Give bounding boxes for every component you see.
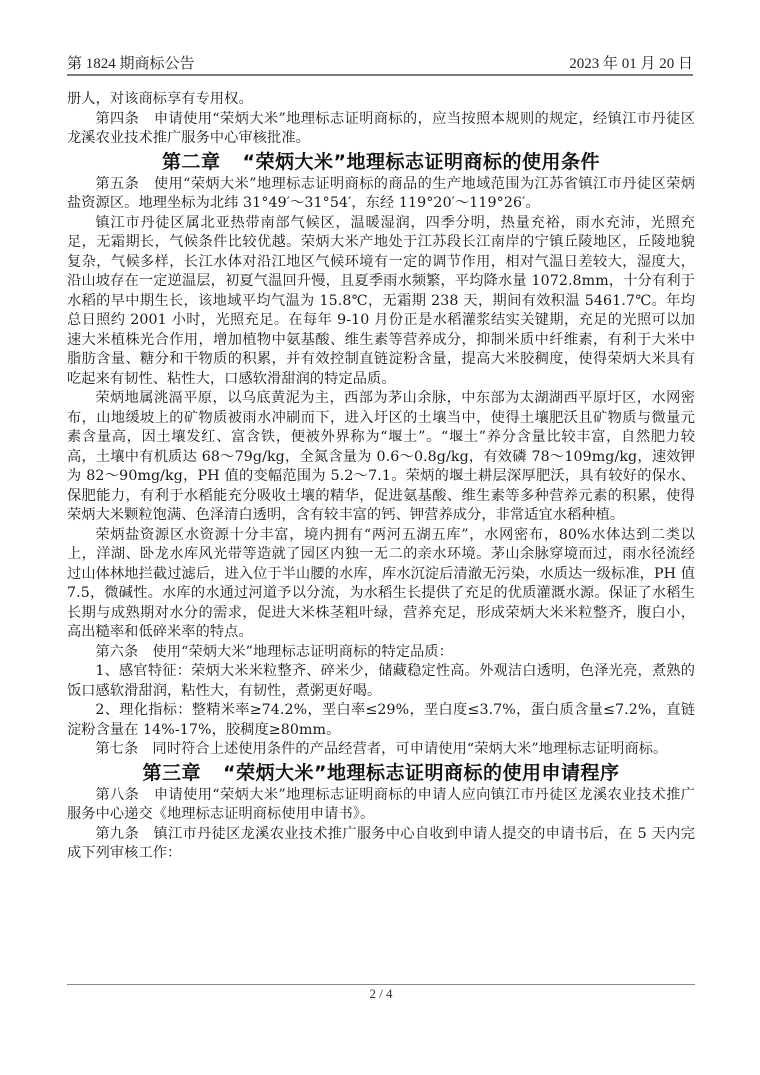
chapter-2-heading: 第二章“荣炳大米”地理标志证明商标的使用条件 [67, 149, 695, 175]
page-footer: 2 / 4 [67, 984, 695, 1002]
page-number: 2 / 4 [67, 986, 695, 1002]
chapter-3-number: 第三章 [143, 762, 202, 784]
article-9: 第九条 镇江市丹徒区龙溪农业技术推广服务中心自收到申请人提交的申请书后，在 5 … [67, 825, 695, 864]
paragraph-climate: 镇江市丹徒区属北亚热带南部气候区，温暖湿润，四季分明，热量充裕，雨水充沛，光照充… [67, 214, 695, 390]
paragraph-water: 荣炳盐资源区水资源十分丰富，境内拥有“两河五湖五库”，水网密布，80%水体达到二… [67, 526, 695, 643]
chapter-2-title: “荣炳大米”地理标志证明商标的使用条件 [243, 151, 600, 173]
chapter-3-title: “荣炳大米”地理标志证明商标的使用申请程序 [223, 762, 619, 784]
paragraph-continuation: 册人，对该商标享有专用权。 [67, 90, 695, 110]
article-6: 第六条 使用“荣炳大米”地理标志证明商标的特定品质： [67, 643, 695, 663]
quality-physicochemical: 2、理化指标：整精米率≥74.2%，垩白率≤29%，垩白度≤3.7%，蛋白质含量… [67, 701, 695, 740]
article-8: 第八条 申请使用“荣炳大米”地理标志证明商标的申请人应向镇江市丹徒区龙溪农业技术… [67, 786, 695, 825]
page-header: 第 1824 期商标公告 2023 年 01 月 20 日 [67, 52, 693, 76]
document-body: 册人，对该商标享有专用权。 第四条 申请使用“荣炳大米”地理标志证明商标的，应当… [67, 90, 695, 864]
publication-date: 2023 年 01 月 20 日 [569, 52, 693, 73]
paragraph-soil: 荣炳地属洮滆平原，以乌底黄泥为主，西部为茅山余脉，中东部为太湖湖西平原圩区，水网… [67, 389, 695, 526]
chapter-2-number: 第二章 [162, 151, 221, 173]
quality-sensory: 1、感官特征：荣炳大米米粒整齐、碎米少，储藏稳定性高。外观洁白透明，色泽光亮，煮… [67, 662, 695, 701]
chapter-3-heading: 第三章“荣炳大米”地理标志证明商标的使用申请程序 [67, 760, 695, 786]
issue-number: 第 1824 期商标公告 [67, 52, 195, 73]
article-5: 第五条 使用“荣炳大米”地理标志证明商标的商品的生产地域范围为江苏省镇江市丹徒区… [67, 175, 695, 214]
article-7: 第七条 同时符合上述使用条件的产品经营者，可申请使用“荣炳大米”地理标志证明商标… [67, 740, 695, 760]
article-4: 第四条 申请使用“荣炳大米”地理标志证明商标的，应当按照本规则的规定，经镇江市丹… [67, 110, 695, 149]
